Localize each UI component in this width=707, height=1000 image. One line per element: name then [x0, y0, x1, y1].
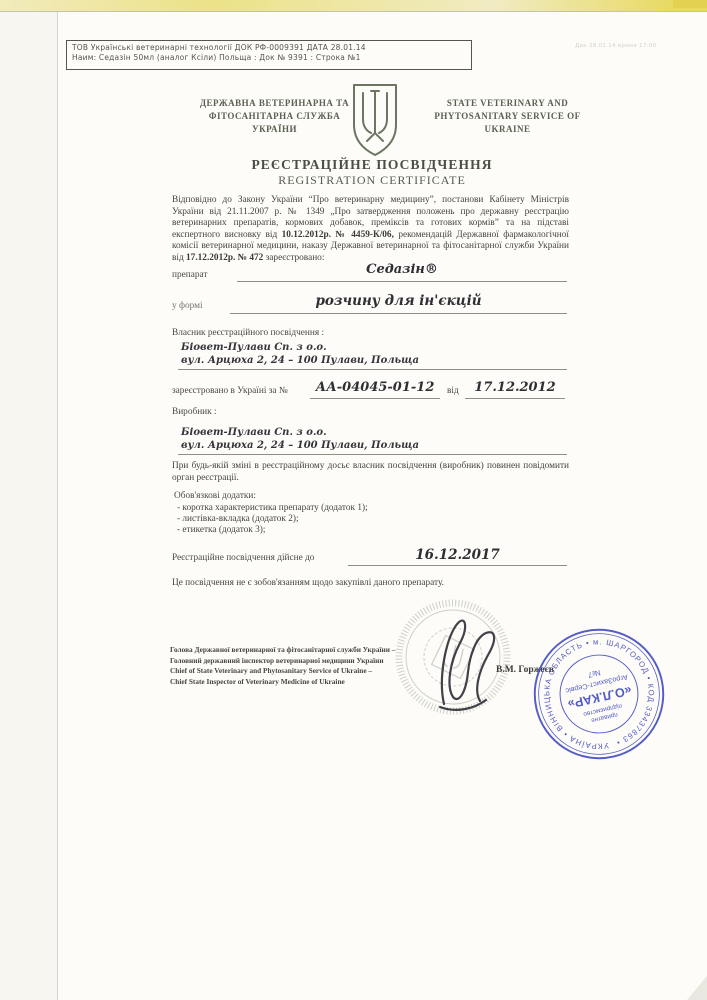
- holder-name: Біовет-Пулави Сп. з о.о.: [181, 342, 327, 353]
- annex-item: - листівка-вкладка (додаток 2);: [177, 514, 299, 525]
- preamble-paragraph: Відповідно до Закону України “Про ветери…: [172, 195, 569, 265]
- producer-label: Виробник :: [172, 407, 217, 417]
- expert-opinion-ref: 10.12.2012р. № 4459-К/06,: [282, 230, 394, 240]
- intake-stamp-box: ТОВ Українські ветеринарні технології ДО…: [66, 40, 472, 70]
- holder-underline: [178, 369, 567, 370]
- form-label: у формі: [172, 301, 203, 311]
- scan-corner-shadow: [687, 976, 707, 1000]
- producer-name: Біовет-Пулави Сп. з о.о.: [181, 427, 327, 438]
- holder-address: вул. Арцюха 2, 24 – 100 Пулави, Польща: [181, 355, 419, 366]
- blue-company-stamp: УКРАЇНА • ВІННИЦЬКА ОБЛАСТЬ • м. ШАРГОРО…: [526, 621, 672, 767]
- drug-value: Седазін®: [237, 262, 567, 277]
- signer-titles: Голова Державної ветеринарної та фітосан…: [170, 645, 450, 687]
- annex-title: Обов'язкові додатки:: [174, 491, 256, 501]
- document-title-uk: РЕЄСТРАЦІЙНЕ ПОСВІДЧЕННЯ: [172, 157, 572, 173]
- producer-address: вул. Арцюха 2, 24 – 100 Пулави, Польща: [181, 440, 419, 451]
- valid-until-underline: [348, 565, 567, 566]
- registration-from-label: від: [447, 386, 459, 396]
- document-title-en: REGISTRATION CERTIFICATE: [172, 173, 572, 188]
- stamp-number: №7: [587, 668, 601, 680]
- form-underline: [230, 313, 567, 314]
- disclaimer: Це посвідчення не є зобов'язанням щодо з…: [172, 578, 569, 590]
- registration-date: 17.12.2012: [465, 380, 565, 395]
- org-left-line: УКРАЇНИ: [172, 123, 377, 136]
- registration-number: АА-04045-01-12: [310, 380, 440, 395]
- valid-until-label: Реєстраційне посвідчення дійсне до: [172, 553, 314, 563]
- signer-title-line: Голова Державної ветеринарної та фітосан…: [170, 645, 450, 656]
- faint-corner-note: Дек 28.01.14 время 17:00: [575, 43, 703, 49]
- signer-title-line: Chief of State Veterinary and Phytosanit…: [170, 666, 450, 677]
- change-note: При будь-якій зміні в реєстраційному дос…: [172, 461, 569, 484]
- registration-date-underline: [465, 398, 565, 399]
- org-right-line: STATE VETERINARY AND: [405, 97, 610, 110]
- org-left-line: ДЕРЖАВНА ВЕТЕРИНАРНА ТА: [172, 97, 377, 110]
- holder-label: Власник реєстраційного посвідчення :: [172, 328, 324, 338]
- org-left-line: ФІТОСАНІТАРНА СЛУЖБА: [172, 110, 377, 123]
- producer-underline: [178, 454, 567, 455]
- form-value: розчину для ін'єкцій: [230, 293, 567, 309]
- intake-line-2: Наим: Седазін 50мл (аналог Ксіли) Польща…: [72, 53, 466, 63]
- scan-corner-mark: [673, 0, 707, 8]
- annex-item: - етикетка (додаток 3);: [177, 525, 265, 536]
- valid-until-date: 16.12.2017: [348, 547, 567, 563]
- org-right-line: PHYTOSANITARY SERVICE OF: [405, 110, 610, 123]
- signer-title-line: Головний державний інспектор ветеринарно…: [170, 656, 450, 667]
- org-right-line: UKRAINE: [405, 123, 610, 136]
- annex-item: - коротка характеристика препарату (дода…: [177, 503, 368, 514]
- org-name-english: STATE VETERINARY AND PHYTOSANITARY SERVI…: [405, 97, 610, 136]
- drug-underline: [237, 281, 567, 282]
- scan-top-strip: [0, 0, 707, 12]
- ukraine-trident-icon: [349, 83, 401, 157]
- registration-label: зареєстровано в Україні за №: [172, 386, 288, 396]
- signer-title-line: Chief State Inspector of Veterinary Medi…: [170, 677, 450, 688]
- org-name-ukrainian: ДЕРЖАВНА ВЕТЕРИНАРНА ТА ФІТОСАНІТАРНА СЛ…: [172, 97, 377, 136]
- drug-label: препарат: [172, 270, 207, 280]
- intake-line-1: ТОВ Українські ветеринарні технології ДО…: [72, 43, 466, 53]
- registration-number-underline: [310, 398, 440, 399]
